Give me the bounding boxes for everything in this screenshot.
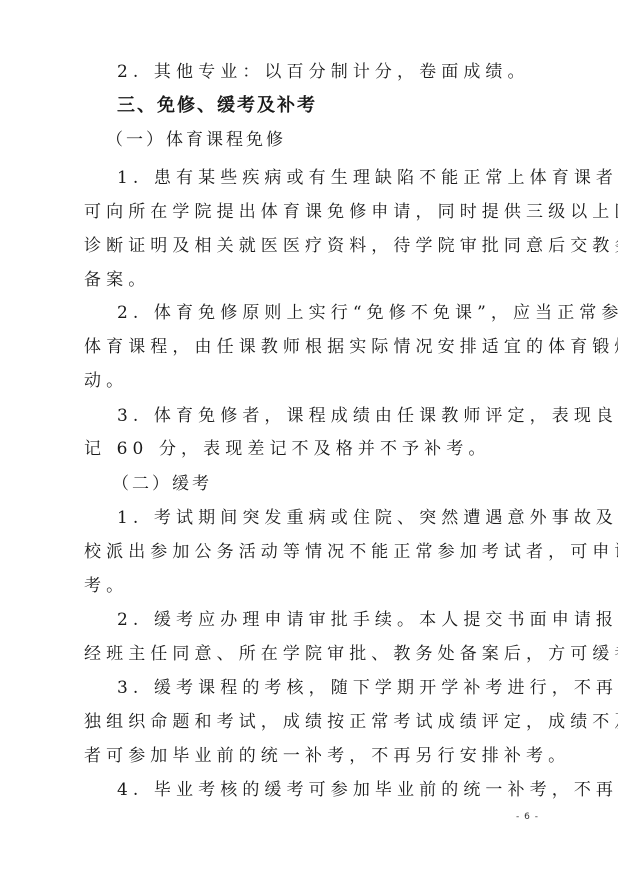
paragraph-line: 1. 考试期间突发重病或住院、突然遭遇意外事故及学 [117, 507, 539, 529]
paragraph-line: 校派出参加公务活动等情况不能正常参加考试者，可申请缓 [84, 541, 539, 563]
paragraph-line: 者可参加毕业前的统一补考，不再另行安排补考。 [84, 745, 539, 767]
paragraph-line: 考。 [84, 575, 539, 597]
paragraph-line: 诊断证明及相关就医医疗资料，待学院审批同意后交教务处 [84, 235, 539, 257]
paragraph-line: 备案。 [84, 269, 539, 291]
document-page: 2. 其他专业：以百分制计分，卷面成绩。 三、免修、缓考及补考 （一）体育课程免… [0, 0, 618, 876]
paragraph-line: 经班主任同意、所在学院审批、教务处备案后，方可缓考。 [84, 643, 539, 665]
paragraph-line: 独组织命题和考试，成绩按正常考试成绩评定，成绩不及格 [84, 711, 539, 733]
paragraph-line: 体育课程，由任课教师根据实际情况安排适宜的体育锻炼活 [84, 336, 539, 358]
paragraph-line: 3. 体育免修者，课程成绩由任课教师评定，表现良好 [117, 405, 539, 427]
paragraph-line: 2. 缓考应办理申请审批手续。本人提交书面申请报告， [117, 609, 539, 631]
paragraph-line: 可向所在学院提出体育课免修申请，同时提供三级以上医院 [84, 201, 539, 223]
section-heading: 三、免修、缓考及补考 [117, 95, 539, 117]
paragraph-line: 2. 其他专业：以百分制计分，卷面成绩。 [117, 61, 539, 83]
subsection-heading: （二）缓考 [112, 473, 567, 495]
paragraph-line: 4. 毕业考核的缓考可参加毕业前的统一补考，不再另 [117, 779, 539, 801]
paragraph-line: 1. 患有某些疾病或有生理缺陷不能正常上体育课者， [117, 167, 539, 189]
subsection-heading: （一）体育课程免修 [106, 129, 561, 151]
paragraph-line: 记 60 分，表现差记不及格并不予补考。 [84, 438, 539, 460]
paragraph-line: 动。 [84, 370, 539, 392]
paragraph-line: 2. 体育免修原则上实行“免修不免课”，应当正常参加 [117, 302, 539, 324]
paragraph-line: 3. 缓考课程的考核，随下学期开学补考进行，不再单 [117, 677, 539, 699]
page-number: - 6 - [516, 812, 539, 822]
